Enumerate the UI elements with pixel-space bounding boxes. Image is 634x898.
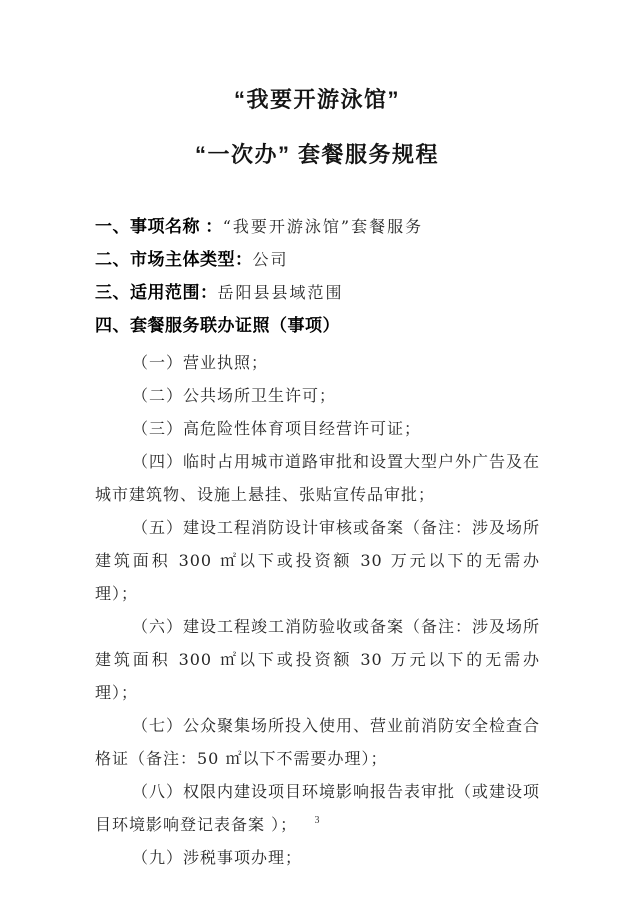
section-heading-item-name: 一、事项名称 ：“我要开游泳馆”套餐服务 xyxy=(95,210,540,243)
list-item-7: （七）公众聚集场所投入使用、营业前消防安全检查合格证（备注：50 ㎡以下不需要办… xyxy=(95,709,540,775)
list-item-2: （二）公共场所卫生许可； xyxy=(95,379,540,412)
section-heading-value: “我要开游泳馆”套餐服务 xyxy=(223,217,423,236)
section-heading-entity-type: 二、市场主体类型：公司 xyxy=(95,243,540,276)
section-heading-label: 二、市场主体类型： xyxy=(95,250,253,269)
list-item-6: （六）建设工程竣工消防验收或备案（备注：涉及场所建筑面积 300 ㎡以下或投资额… xyxy=(95,610,540,709)
section-heading-scope: 三、适用范围：岳阳县县域范围 xyxy=(95,276,540,309)
page-number: 3 xyxy=(0,815,634,826)
section-heading-label: 三、适用范围： xyxy=(95,283,218,302)
document-title-line1: “我要开游泳馆” xyxy=(0,72,634,127)
list-item-5: （五）建设工程消防设计审核或备案（备注：涉及场所建筑面积 300 ㎡以下或投资额… xyxy=(95,511,540,610)
document-body: 一、事项名称 ：“我要开游泳馆”套餐服务 二、市场主体类型：公司 三、适用范围：… xyxy=(0,210,634,874)
list-item-4: （四）临时占用城市道路审批和设置大型户外广告及在城市建筑物、设施上悬挂、张贴宣传… xyxy=(95,445,540,511)
document-title-line2: “一次办” 套餐服务规程 xyxy=(0,127,634,182)
list-item-1: （一）营业执照； xyxy=(95,346,540,379)
document-title: “我要开游泳馆” “一次办” 套餐服务规程 xyxy=(0,0,634,182)
list-item-3: （三）高危险性体育项目经营许可证； xyxy=(95,412,540,445)
section-heading-licenses: 四、套餐服务联办证照（事项） xyxy=(95,309,540,342)
license-item-list: （一）营业执照； （二）公共场所卫生许可； （三）高危险性体育项目经营许可证； … xyxy=(95,346,540,874)
list-item-9: （九）涉税事项办理； xyxy=(95,841,540,874)
section-heading-value: 公司 xyxy=(253,250,289,269)
document-page: “我要开游泳馆” “一次办” 套餐服务规程 一、事项名称 ：“我要开游泳馆”套餐… xyxy=(0,0,634,898)
section-heading-value: 岳阳县县域范围 xyxy=(218,283,344,302)
section-heading-label: 一、事项名称 ： xyxy=(95,217,223,236)
list-item-8: （八）权限内建设项目环境影响报告表审批（或建设项目环境影响登记表备案 ）； xyxy=(95,775,540,841)
section-heading-label: 四、套餐服务联办证照（事项） xyxy=(95,316,340,335)
